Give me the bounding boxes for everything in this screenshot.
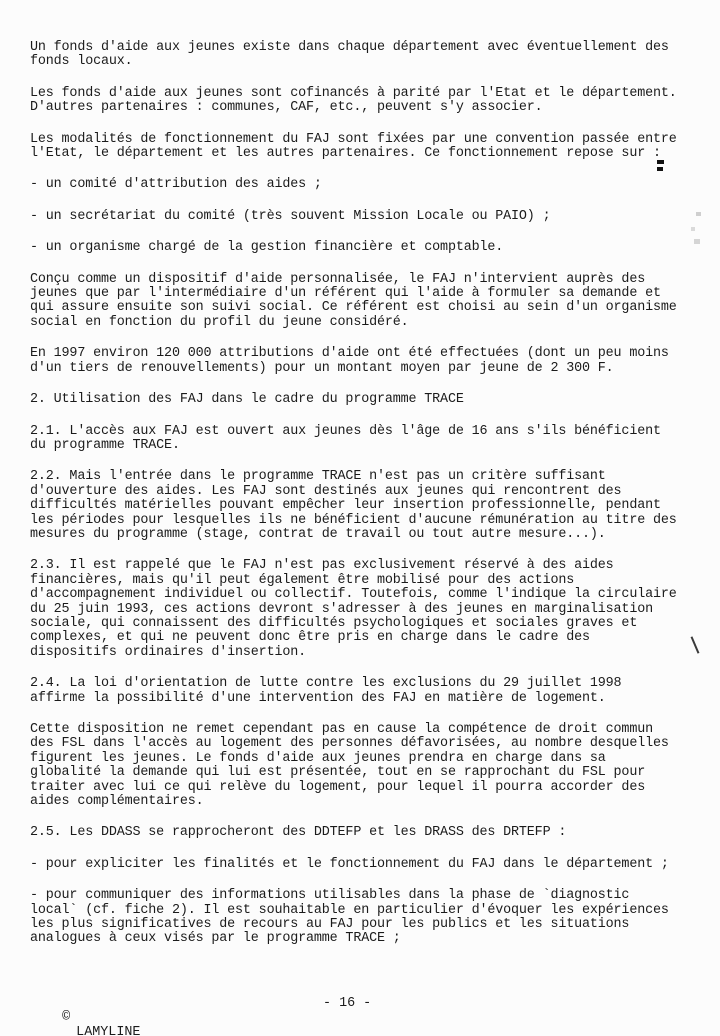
scan-artifact-smudge-3 bbox=[694, 239, 700, 244]
document-body: Un fonds d'aide aux jeunes existe dans c… bbox=[30, 41, 695, 964]
paragraph-statistiques-1997: En 1997 environ 120 000 attributions d'a… bbox=[30, 347, 695, 376]
paragraph-cofinancement: Les fonds d'aide aux jeunes sont cofinan… bbox=[30, 87, 695, 116]
paragraph-modalites: Les modalités de fonctionnement du FAJ s… bbox=[30, 133, 695, 162]
scan-artifact-dash-2 bbox=[657, 167, 663, 171]
document-page: Un fonds d'aide aux jeunes existe dans c… bbox=[0, 0, 720, 1036]
list-item-secretariat: - un secrétariat du comité (très souvent… bbox=[30, 210, 695, 224]
paragraph-2-3: 2.3. Il est rappelé que le FAJ n'est pas… bbox=[30, 559, 695, 660]
copyright-icon: © bbox=[62, 1011, 70, 1025]
scan-artifact-dash-1 bbox=[657, 160, 664, 164]
list-item-expliciter: - pour expliciter les finalités et le fo… bbox=[30, 858, 695, 872]
list-item-comite: - un comité d'attribution des aides ; bbox=[30, 178, 695, 192]
list-item-communiquer: - pour communiquer des informations util… bbox=[30, 889, 695, 947]
paragraph-dispositif: Conçu comme un dispositif d'aide personn… bbox=[30, 273, 695, 331]
paragraph-2-4: 2.4. La loi d'orientation de lutte contr… bbox=[30, 677, 695, 706]
publisher-name: LAMYLINE bbox=[76, 1026, 140, 1036]
paragraph-fsl: Cette disposition ne remet cependant pas… bbox=[30, 723, 695, 809]
page-footer: © LAMYLINE - 16 - bbox=[30, 997, 690, 1013]
section-heading-2: 2. Utilisation des FAJ dans le cadre du … bbox=[30, 393, 695, 407]
page-number: - 16 - bbox=[323, 997, 371, 1011]
paragraph-2-2: 2.2. Mais l'entrée dans le programme TRA… bbox=[30, 470, 695, 542]
scan-artifact-smudge-1 bbox=[696, 212, 701, 216]
paragraph-2-1: 2.1. L'accès aux FAJ est ouvert aux jeun… bbox=[30, 425, 695, 454]
scan-artifact-smudge-2 bbox=[691, 227, 695, 231]
list-item-organisme: - un organisme chargé de la gestion fina… bbox=[30, 241, 695, 255]
paragraph-fonds-existence: Un fonds d'aide aux jeunes existe dans c… bbox=[30, 41, 695, 70]
paragraph-2-5: 2.5. Les DDASS se rapprocheront des DDTE… bbox=[30, 826, 695, 840]
